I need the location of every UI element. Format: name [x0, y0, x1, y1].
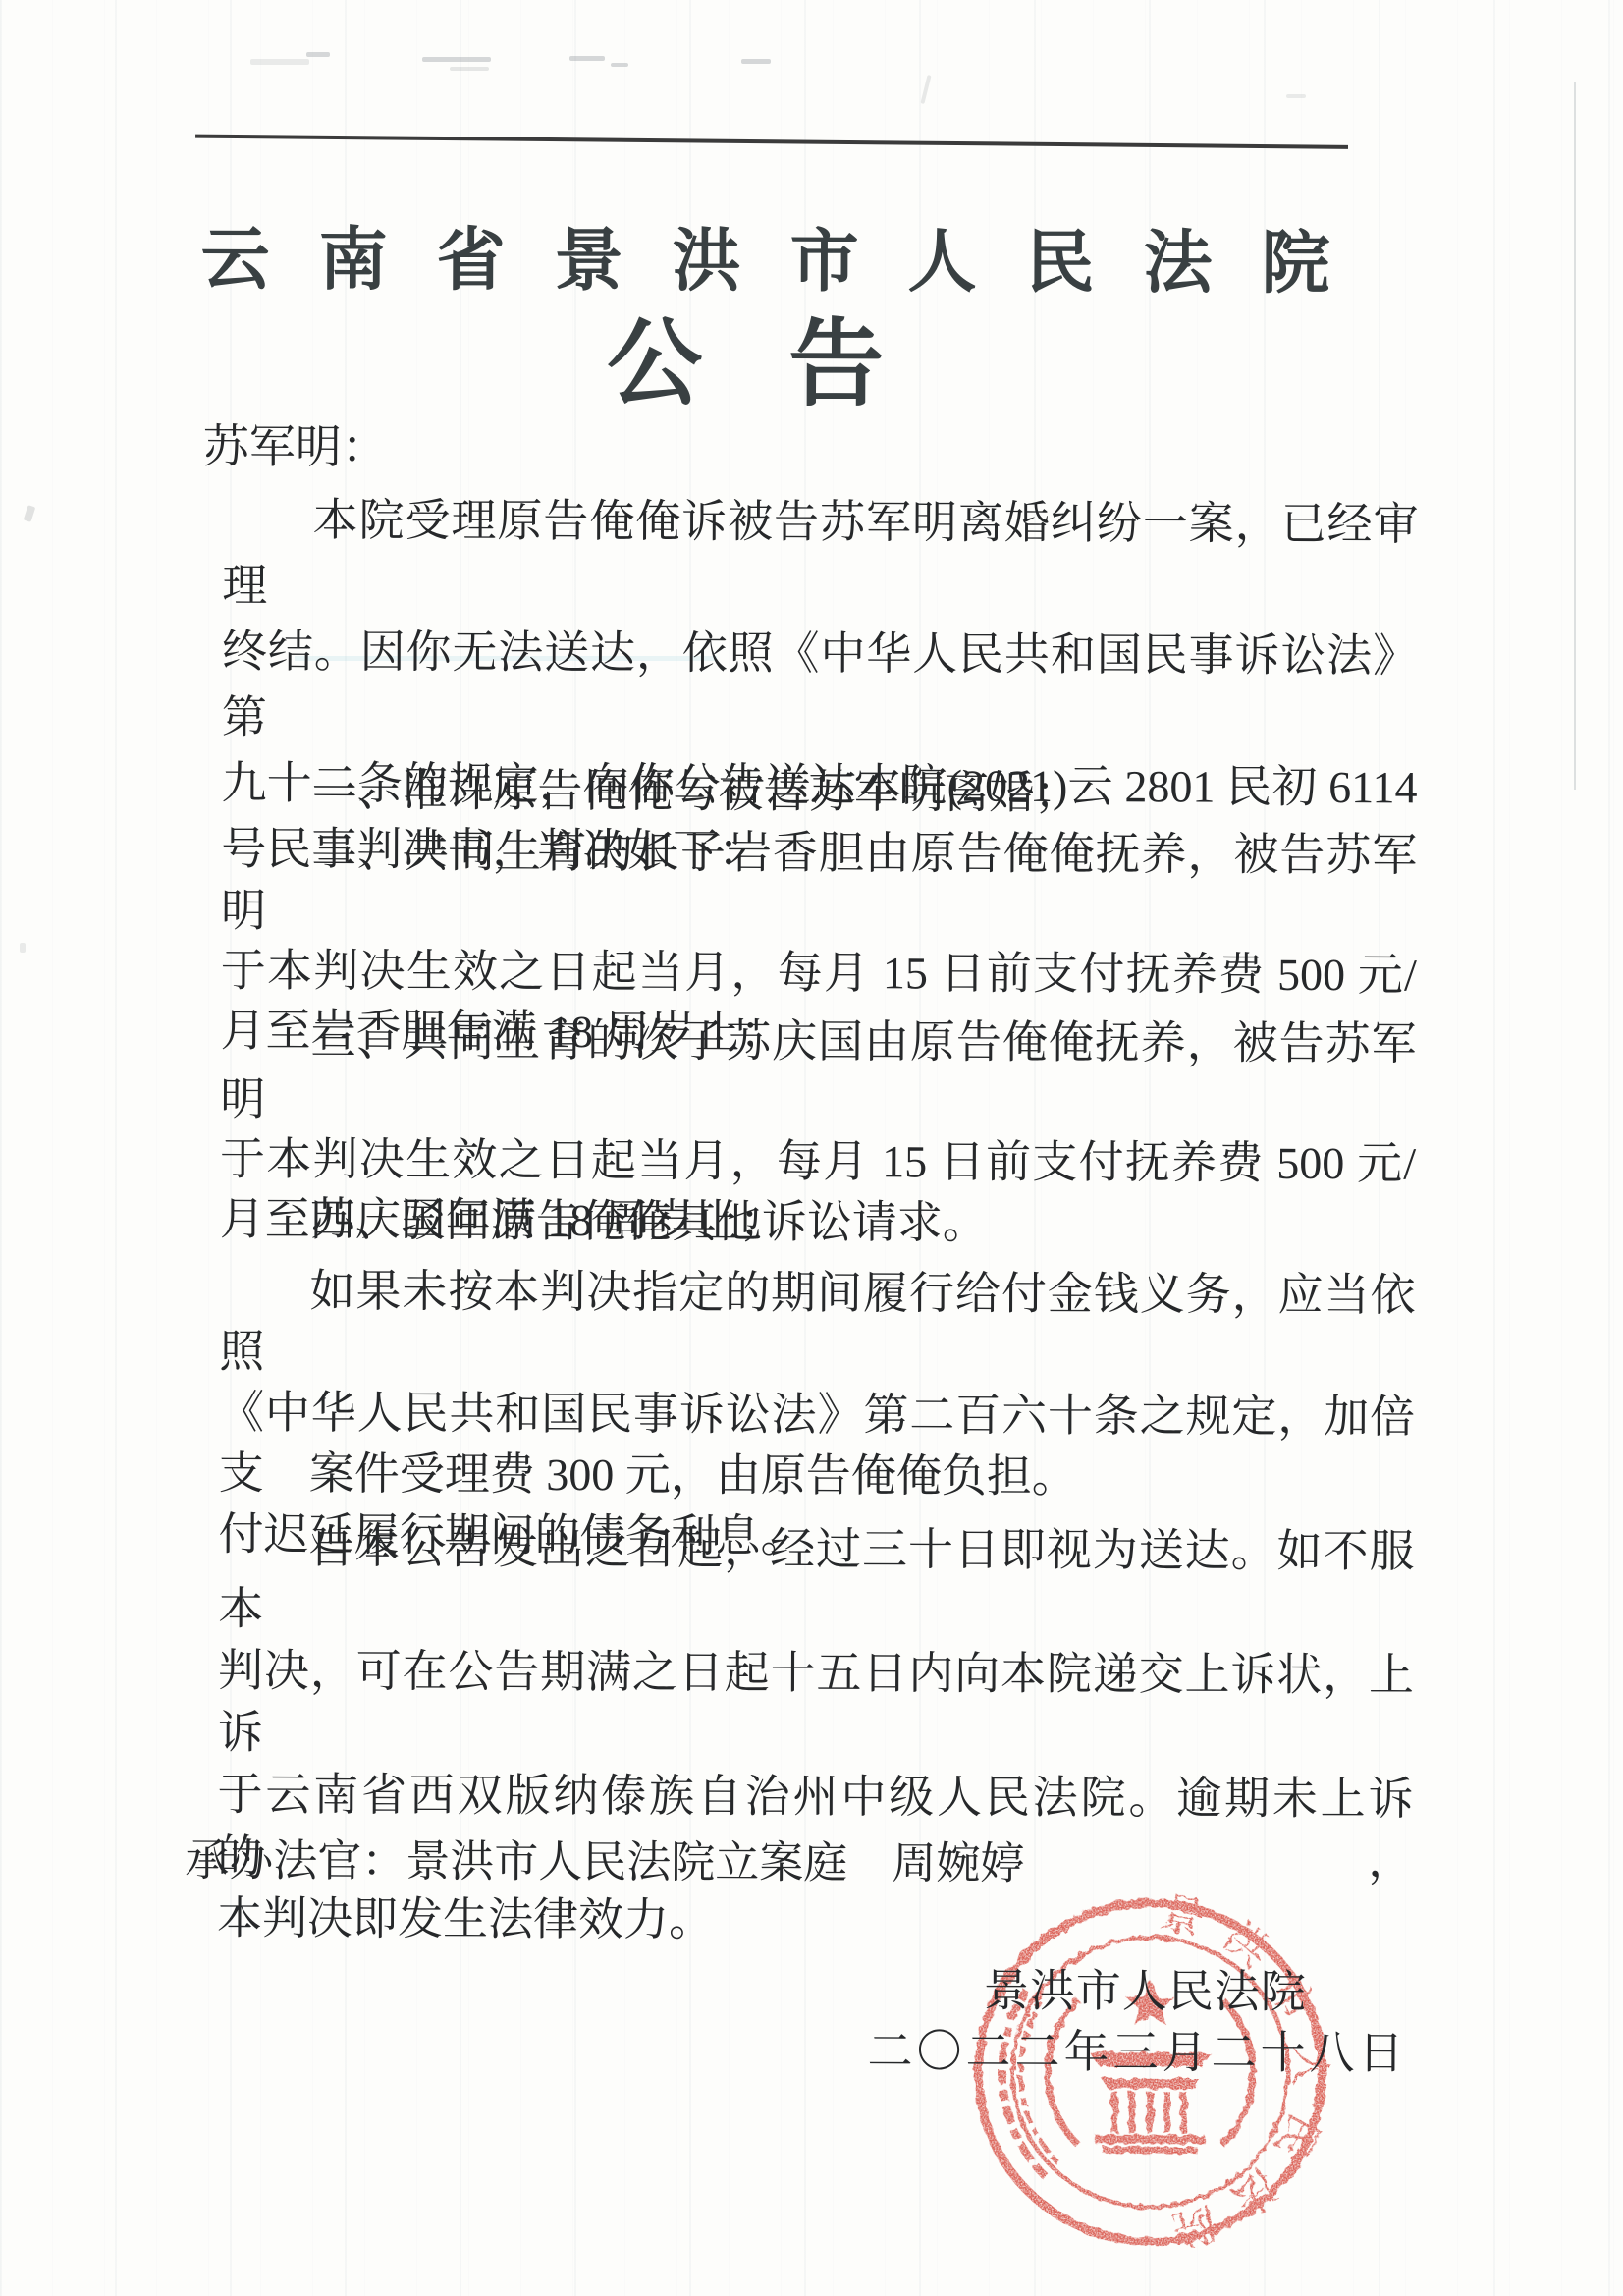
signature-court-name: 景洪市人民法院: [984, 1955, 1307, 2021]
text-line: 三、共同生育的次子苏庆国由原告俺俺抚养，被告苏军明: [220, 1010, 1416, 1134]
text-line: 如果未按本判决指定的期间履行给付金钱义务，应当依照: [219, 1261, 1415, 1388]
signature-date: 二〇二二年三月二十八日: [867, 2015, 1407, 2082]
text-line: 本院受理原告俺俺诉被告苏军明离婚纠纷一案，已经审理: [222, 487, 1419, 624]
header-rule: [195, 135, 1348, 149]
text-line: 四、驳回原告俺俺其他诉讼请求。: [220, 1190, 1416, 1256]
paragraph-fee: 案件受理费 300 元，由原告俺俺负担。: [219, 1444, 1415, 1509]
judge-line: 承办法官：景洪市人民法院立案庭 周婉婷: [185, 1825, 1024, 1891]
text-line: 案件受理费 300 元，由原告俺俺负担。: [219, 1444, 1415, 1509]
text-line: 二、共同生育的长子岩香胆由原告俺俺抚养，被告苏军明: [221, 821, 1417, 946]
text-line: 于本判决生效之日起当月，每月 15 日前支付抚养费 500 元/: [221, 941, 1417, 1006]
text-line: 自本公告发出之日起，经过三十日即视为送达。如不服本: [218, 1516, 1414, 1645]
paragraph-item-4: 四、驳回原告俺俺其他诉讼请求。: [220, 1190, 1416, 1256]
text-line: 于本判决生效之日起当月，每月 15 日前支付抚养费 500 元/: [220, 1129, 1416, 1194]
scanned-court-announcement: 云南省景洪市人民法院 公告 苏军明： 本院受理原告俺俺诉被告苏军明离婚纠纷一案，…: [0, 0, 1623, 2296]
addressee-line: 苏军明：: [203, 410, 388, 477]
text-line: 判决，可在公告期满之日起十五日内向本院递交上诉状，上诉: [218, 1640, 1414, 1769]
announcement-heading: 公告: [607, 286, 971, 424]
text-line: 终结。因你无法送达，依照《中华人民共和国民事诉讼法》第: [222, 619, 1419, 755]
paragraph-item-1: 一、准许原告俺俺与被告苏军明离婚；: [221, 760, 1417, 826]
text-line: 一、准许原告俺俺与被告苏军明离婚；: [221, 760, 1417, 826]
